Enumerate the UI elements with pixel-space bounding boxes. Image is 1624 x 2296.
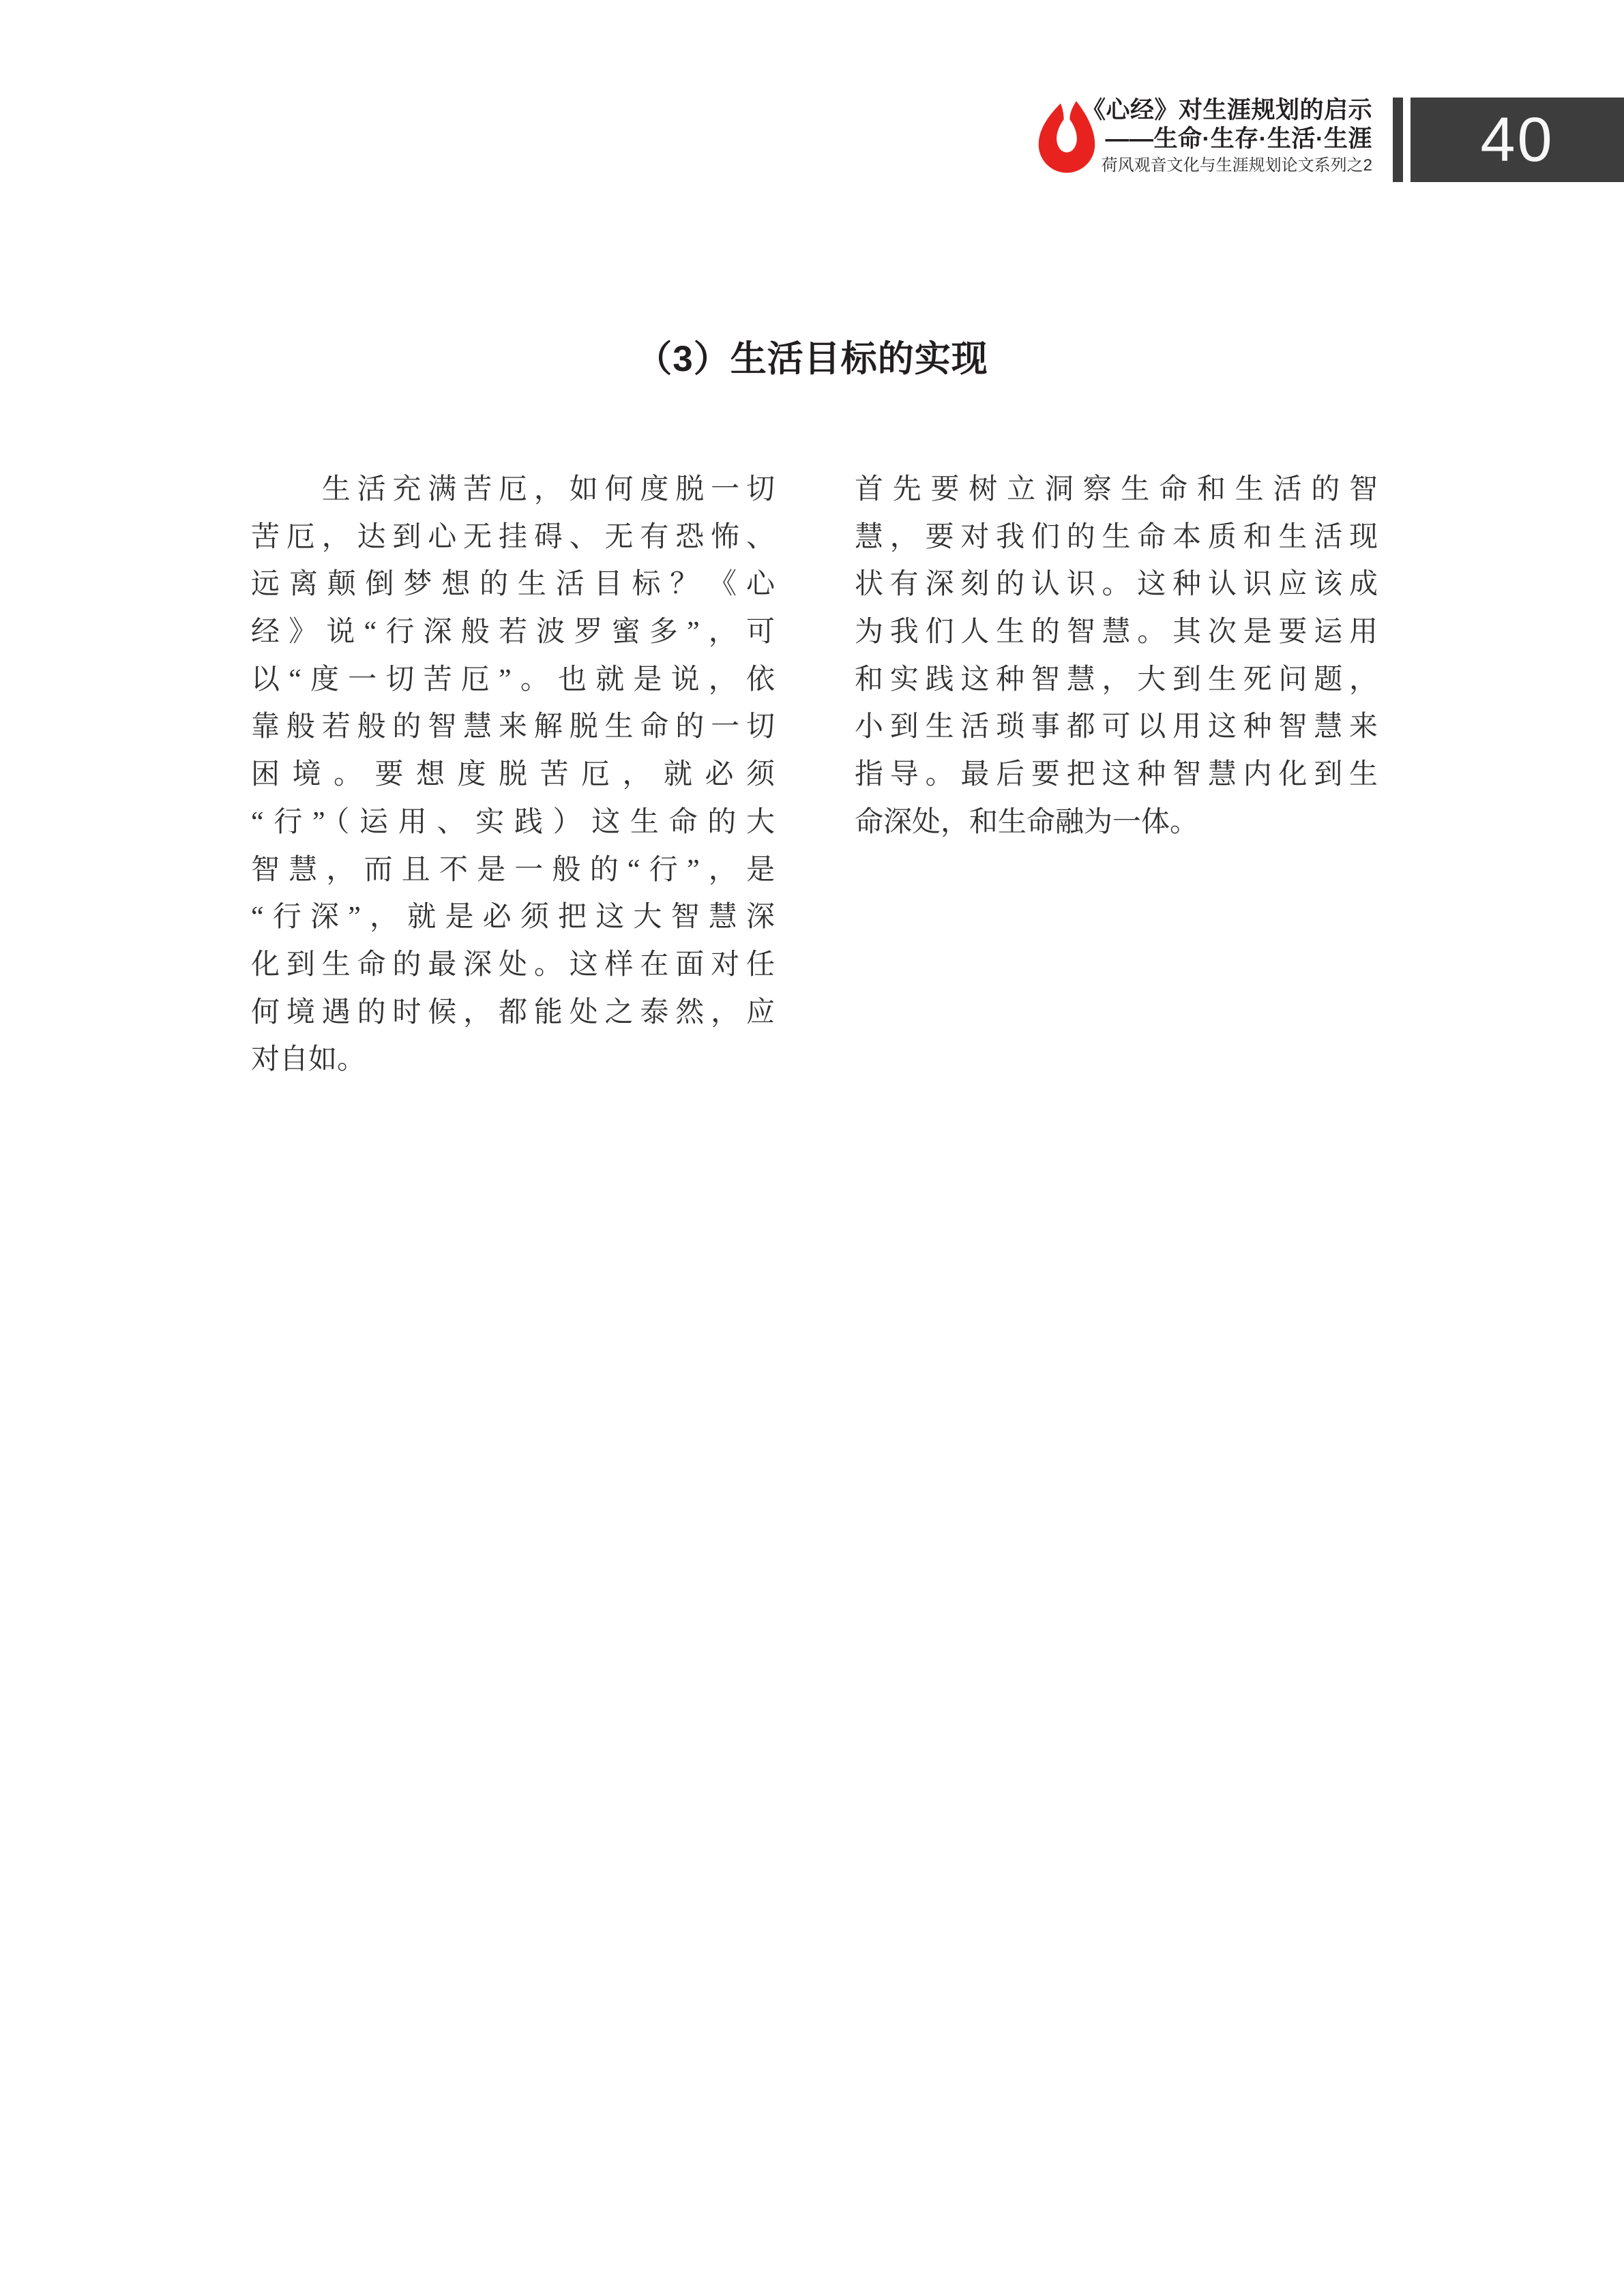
text-line: 智慧，而且不是一般的“行”，是 (251, 847, 775, 895)
text-line: 远离颠倒梦想的生活目标？《心 (251, 561, 775, 609)
text-line: 小到生活琐事都可以用这种智慧来 (855, 704, 1378, 751)
text-line: 生活充满苦厄，如何度脱一切 (251, 466, 775, 514)
text-line: 状有深刻的认识。这种认识应该成 (855, 561, 1378, 609)
text-line: 对自如。 (251, 1037, 775, 1084)
text-line: 首先要树立洞察生命和生活的智 (855, 466, 1378, 514)
document-page: 《心经》对生涯规划的启示 ——生命·生存·生活·生涯 荷风观音文化与生涯规划论文… (0, 0, 1624, 2296)
header-title-block: 《心经》对生涯规划的启示 ——生命·生存·生活·生涯 荷风观音文化与生涯规划论文… (1037, 95, 1372, 177)
text-line: “行”（运用、实践）这生命的大 (251, 799, 775, 847)
page-number-box: 40 (1411, 98, 1624, 182)
article-left-column: 生活充满苦厄，如何度脱一切苦厄，达到心无挂碍、无有恐怖、远离颠倒梦想的生活目标？… (251, 466, 775, 1084)
text-line: “行深”，就是必须把这大智慧深 (251, 894, 775, 942)
text-line: 以“度一切苦厄”。也就是说，依 (251, 657, 775, 704)
text-line: 为我们人生的智慧。其次是要运用 (855, 609, 1378, 657)
text-line: 困境。要想度脱苦厄，就必须 (251, 751, 775, 799)
header-series-note: 荷风观音文化与生涯规划论文系列之2 (1037, 155, 1372, 177)
text-line: 和实践这种智慧，大到生死问题， (855, 657, 1378, 704)
text-line: 经》说“行深般若波罗蜜多”，可 (251, 609, 775, 657)
page-number-separator-bar (1393, 98, 1403, 182)
header-title-line1: 《心经》对生涯规划的启示 (1037, 95, 1372, 125)
header-title-line2: ——生命·生存·生活·生涯 (1037, 125, 1372, 153)
text-line: 指导。最后要把这种智慧内化到生 (855, 751, 1378, 799)
text-line: 何境遇的时候，都能处之泰然，应 (251, 989, 775, 1037)
text-line: 命深处，和生命融为一体。 (855, 799, 1378, 847)
text-line: 慧，要对我们的生命本质和生活现 (855, 514, 1378, 562)
text-line: 靠般若般的智慧来解脱生命的一切 (251, 704, 775, 751)
page-number: 40 (1480, 108, 1554, 171)
text-line: 化到生命的最深处。这样在面对任 (251, 942, 775, 989)
article-right-column: 首先要树立洞察生命和生活的智慧，要对我们的生命本质和生活现状有深刻的认识。这种认… (855, 466, 1378, 847)
text-line: 苦厄，达到心无挂碍、无有恐怖、 (251, 514, 775, 562)
section-title: （3）生活目标的实现 (0, 330, 1624, 382)
